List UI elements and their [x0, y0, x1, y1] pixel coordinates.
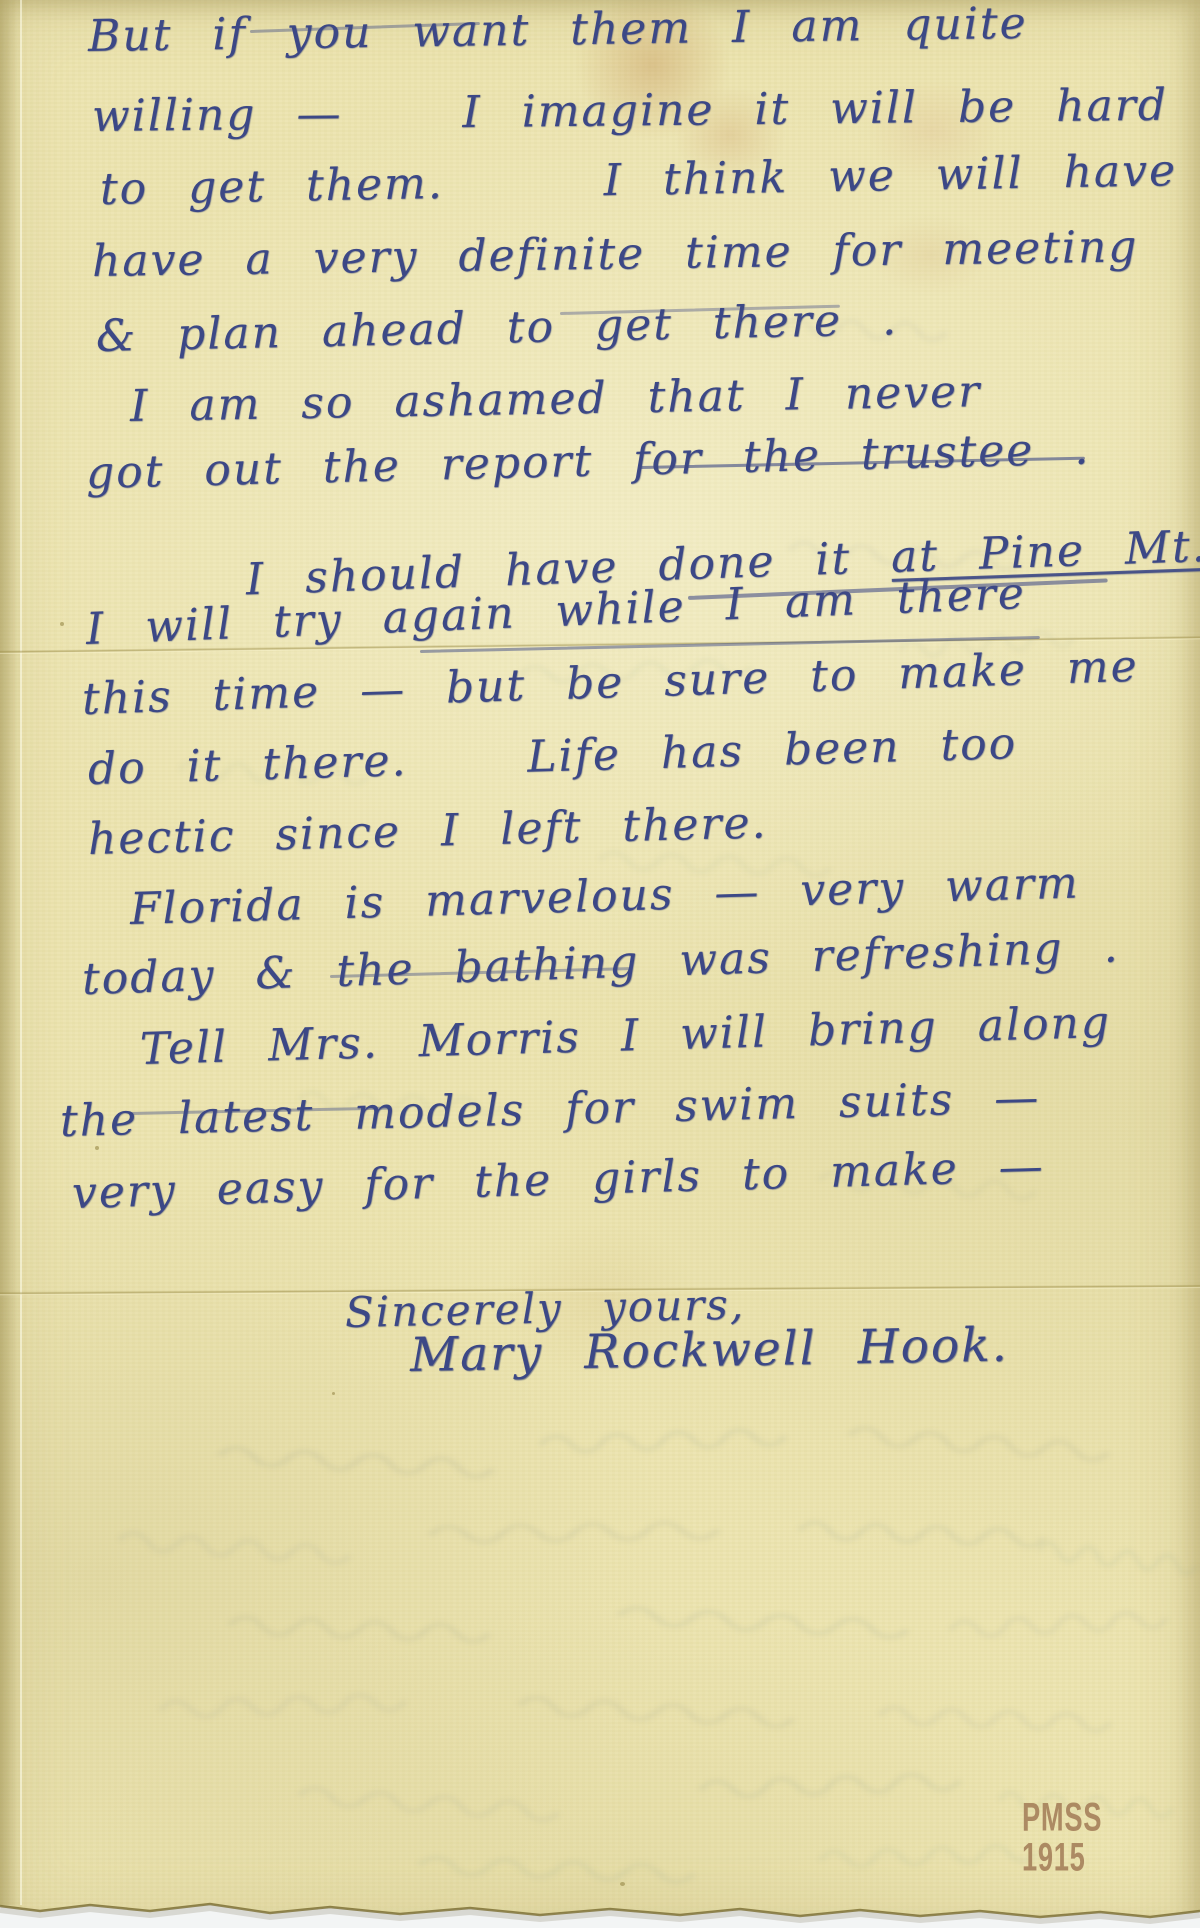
paper-left-edge-shade	[0, 0, 18, 1905]
paper-speck	[60, 622, 64, 626]
scanned-letter-page: But if you want them I am quite willing …	[0, 0, 1200, 1928]
paper-speck	[620, 1882, 625, 1886]
paper-speck	[95, 1146, 99, 1150]
paper-left-fold-line	[20, 0, 22, 1905]
paper-sheet	[0, 0, 1200, 1928]
paper-speck	[332, 1392, 335, 1395]
